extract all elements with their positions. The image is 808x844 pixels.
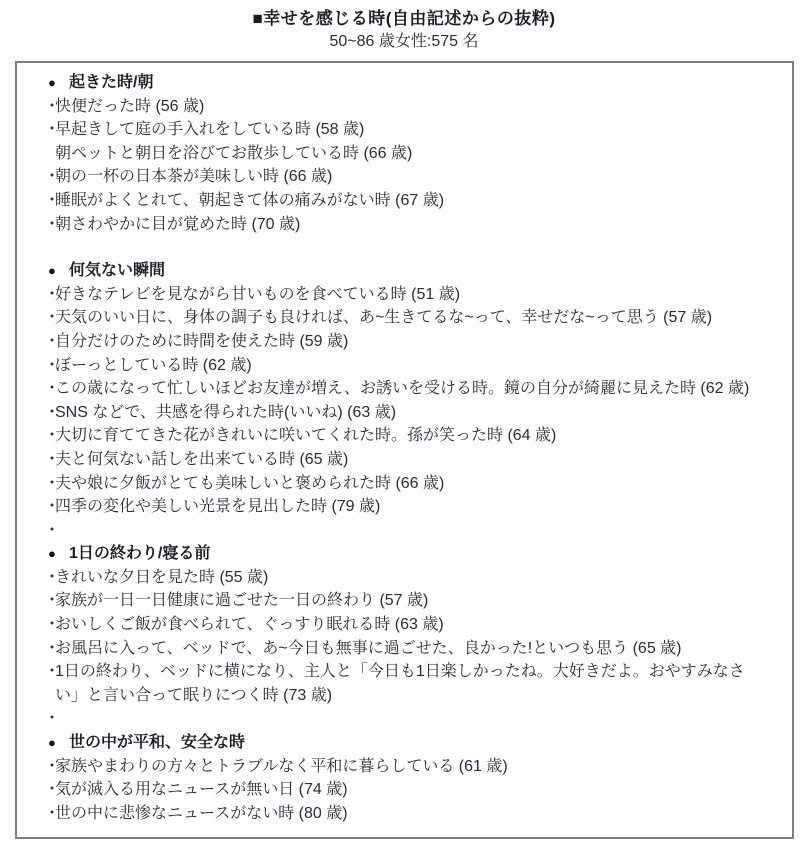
list-item: ・おいしくご飯が食べられて、ぐっすり眠れる時 (63 歳) xyxy=(31,613,780,637)
item-bullet-icon: ・ xyxy=(44,377,60,401)
section-heading: ●何気ない瞬間 xyxy=(31,259,780,283)
item-bullet-icon: ・ xyxy=(44,118,60,142)
item-text: ぼーっとしている時 (62 歳) xyxy=(55,357,252,374)
list-item: 朝ペットと朝日を浴びてお散歩している時 (66 歳) xyxy=(31,142,780,166)
sections-container: ●起きた時/朝・快便だった時 (56 歳)・早起きして庭の手入れをしている時 (… xyxy=(31,71,780,825)
section: ●1日の終わり/寝る前・きれいな夕日を見た時 (55 歳)・家族が一日一日健康に… xyxy=(31,542,780,731)
item-bullet-icon: ・ xyxy=(44,424,60,448)
section: ●何気ない瞬間・好きなテレビを見ながら甘いものを食べている時 (51 歳)・天気… xyxy=(31,259,780,542)
item-bullet-icon: ・ xyxy=(44,660,60,684)
item-bullet-icon: ・ xyxy=(44,778,60,802)
item-bullet-icon: ・ xyxy=(44,448,60,472)
item-text: い」と言い合って眠りにつく時 (73 歳) xyxy=(55,687,332,704)
item-text: 家族やまわりの方々とトラブルなく平和に暮らしている (61 歳) xyxy=(55,758,508,775)
item-text: お風呂に入って、ベッドで、あ~今日も無事に過ごせた、良かった!といつも思う (6… xyxy=(55,640,682,657)
item-bullet-icon: ・ xyxy=(44,213,60,237)
item-bullet-icon: ・ xyxy=(44,95,60,119)
section-bullet-icon: ● xyxy=(48,542,56,566)
document-header: ■幸せを感じる時(自由記述からの抜粋) 50~86 歳女性:575 名 xyxy=(0,0,808,53)
section: ●世の中が平和、安全な時・家族やまわりの方々とトラブルなく平和に暮らしている (… xyxy=(31,731,780,825)
list-item: ・1日の終わり、ベッドに横になり、主人と「今日も1日楽しかったね。大好きだよ。お… xyxy=(31,660,780,684)
item-bullet-icon: ・ xyxy=(44,802,60,826)
item-text: 世の中に悲惨なニュースがない時 (80 歳) xyxy=(55,805,348,822)
section-heading-label: 1日の終わり/寝る前 xyxy=(69,545,210,562)
item-bullet-icon: ・ xyxy=(44,566,60,590)
item-text: 朝ペットと朝日を浴びてお散歩している時 (66 歳) xyxy=(55,145,412,162)
item-text: 朝の一杯の日本茶が美味しい時 (66 歳) xyxy=(55,168,332,185)
item-text: 天気のいい日に、身体の調子も良ければ、あ~生きてるな~って、幸せだな~って思う … xyxy=(55,309,712,326)
item-text: 睡眠がよくとれて、朝起きて体の痛みがない時 (67 歳) xyxy=(55,192,444,209)
list-item: ・SNS などで、共感を得られた時(いいね) (63 歳) xyxy=(31,401,780,425)
list-item: ・大切に育ててきた花がきれいに咲いてくれた時。孫が笑った時 (64 歳) xyxy=(31,424,780,448)
list-item: ・四季の変化や美しい光景を見出した時 (79 歳) xyxy=(31,495,780,519)
item-bullet-icon: ・ xyxy=(44,707,60,731)
item-bullet-icon: ・ xyxy=(44,330,60,354)
item-bullet-icon: ・ xyxy=(44,165,60,189)
item-text: 早起きして庭の手入れをしている時 (58 歳) xyxy=(55,121,364,138)
page-title: ■幸せを感じる時(自由記述からの抜粋) xyxy=(0,7,808,30)
list-item: ・世の中に悲惨なニュースがない時 (80 歳) xyxy=(31,802,780,826)
list-item: ・早起きして庭の手入れをしている時 (58 歳) xyxy=(31,118,780,142)
section-bullet-icon: ● xyxy=(48,71,56,95)
section-heading-label: 世の中が平和、安全な時 xyxy=(69,734,245,751)
item-bullet-icon: ・ xyxy=(44,401,60,425)
item-text: 夫と何気ない話しを出来ている時 (65 歳) xyxy=(55,451,348,468)
item-bullet-icon: ・ xyxy=(44,613,60,637)
item-text: SNS などで、共感を得られた時(いいね) (63 歳) xyxy=(55,404,396,421)
item-text: 家族が一日一日健康に過ごせた一日の終わり (57 歳) xyxy=(55,592,428,609)
list-item: ・気が滅入る用なニュースが無い日 (74 歳) xyxy=(31,778,780,802)
list-item: ・きれいな夕日を見た時 (55 歳) xyxy=(31,566,780,590)
item-text: 自分だけのために時間を使えた時 (59 歳) xyxy=(55,333,348,350)
list-item: ・家族やまわりの方々とトラブルなく平和に暮らしている (61 歳) xyxy=(31,755,780,779)
item-bullet-icon: ・ xyxy=(44,589,60,613)
section-heading: ●起きた時/朝 xyxy=(31,71,780,95)
item-text: 朝さわやかに目が覚めた時 (70 歳) xyxy=(55,216,300,233)
content-box: ●起きた時/朝・快便だった時 (56 歳)・早起きして庭の手入れをしている時 (… xyxy=(15,61,794,839)
section-heading-label: 起きた時/朝 xyxy=(69,74,153,91)
item-text: 四季の変化や美しい光景を見出した時 (79 歳) xyxy=(55,498,380,515)
list-item: ・好きなテレビを見ながら甘いものを食べている時 (51 歳) xyxy=(31,283,780,307)
item-bullet-icon: ・ xyxy=(44,189,60,213)
list-item: ・睡眠がよくとれて、朝起きて体の痛みがない時 (67 歳) xyxy=(31,189,780,213)
item-bullet-icon: ・ xyxy=(44,306,60,330)
page-subtitle: 50~86 歳女性:575 名 xyxy=(0,30,808,53)
section-heading-label: 何気ない瞬間 xyxy=(69,262,165,279)
section-heading: ●世の中が平和、安全な時 xyxy=(31,731,780,755)
list-item: ・天気のいい日に、身体の調子も良ければ、あ~生きてるな~って、幸せだな~って思う… xyxy=(31,306,780,330)
item-text: この歳になって忙しいほどお友達が増え、お誘いを受ける時。鏡の自分が綺麗に見えた時… xyxy=(55,380,749,397)
item-bullet-icon: ・ xyxy=(44,637,60,661)
item-text: 1日の終わり、ベッドに横になり、主人と「今日も1日楽しかったね。大好きだよ。おや… xyxy=(55,663,745,680)
list-item: ・この歳になって忙しいほどお友達が増え、お誘いを受ける時。鏡の自分が綺麗に見えた… xyxy=(31,377,780,401)
list-item: ・ xyxy=(31,519,780,543)
item-bullet-icon: ・ xyxy=(44,354,60,378)
list-item: ・夫や娘に夕飯がとても美味しいと褒められた時 (66 歳) xyxy=(31,472,780,496)
list-item: ・快便だった時 (56 歳) xyxy=(31,95,780,119)
item-bullet-icon: ・ xyxy=(44,755,60,779)
list-item: ・自分だけのために時間を使えた時 (59 歳) xyxy=(31,330,780,354)
list-item: ・お風呂に入って、ベッドで、あ~今日も無事に過ごせた、良かった!といつも思う (… xyxy=(31,637,780,661)
section-bullet-icon: ● xyxy=(48,259,56,283)
item-bullet-icon: ・ xyxy=(44,519,60,543)
item-bullet-icon: ・ xyxy=(44,472,60,496)
item-text: 気が滅入る用なニュースが無い日 (74 歳) xyxy=(55,781,348,798)
item-text: 快便だった時 (56 歳) xyxy=(55,98,204,115)
list-item: ・ xyxy=(31,707,780,731)
item-bullet-icon: ・ xyxy=(44,283,60,307)
item-bullet-icon: ・ xyxy=(44,495,60,519)
list-item: ・夫と何気ない話しを出来ている時 (65 歳) xyxy=(31,448,780,472)
item-text: 夫や娘に夕飯がとても美味しいと褒められた時 (66 歳) xyxy=(55,475,444,492)
list-item: ・朝の一杯の日本茶が美味しい時 (66 歳) xyxy=(31,165,780,189)
item-text: おいしくご飯が食べられて、ぐっすり眠れる時 (63 歳) xyxy=(55,616,444,633)
list-item: ・朝さわやかに目が覚めた時 (70 歳) xyxy=(31,213,780,237)
document-page: ■幸せを感じる時(自由記述からの抜粋) 50~86 歳女性:575 名 ●起きた… xyxy=(0,0,808,844)
list-item: ・家族が一日一日健康に過ごせた一日の終わり (57 歳) xyxy=(31,589,780,613)
section-heading: ●1日の終わり/寝る前 xyxy=(31,542,780,566)
section: ●起きた時/朝・快便だった時 (56 歳)・早起きして庭の手入れをしている時 (… xyxy=(31,71,780,236)
item-text: きれいな夕日を見た時 (55 歳) xyxy=(55,569,268,586)
section-bullet-icon: ● xyxy=(48,731,56,755)
item-text: 大切に育ててきた花がきれいに咲いてくれた時。孫が笑った時 (64 歳) xyxy=(55,427,556,444)
list-item: い」と言い合って眠りにつく時 (73 歳) xyxy=(31,684,780,708)
list-item: ・ぼーっとしている時 (62 歳) xyxy=(31,354,780,378)
item-text: 好きなテレビを見ながら甘いものを食べている時 (51 歳) xyxy=(55,286,460,303)
